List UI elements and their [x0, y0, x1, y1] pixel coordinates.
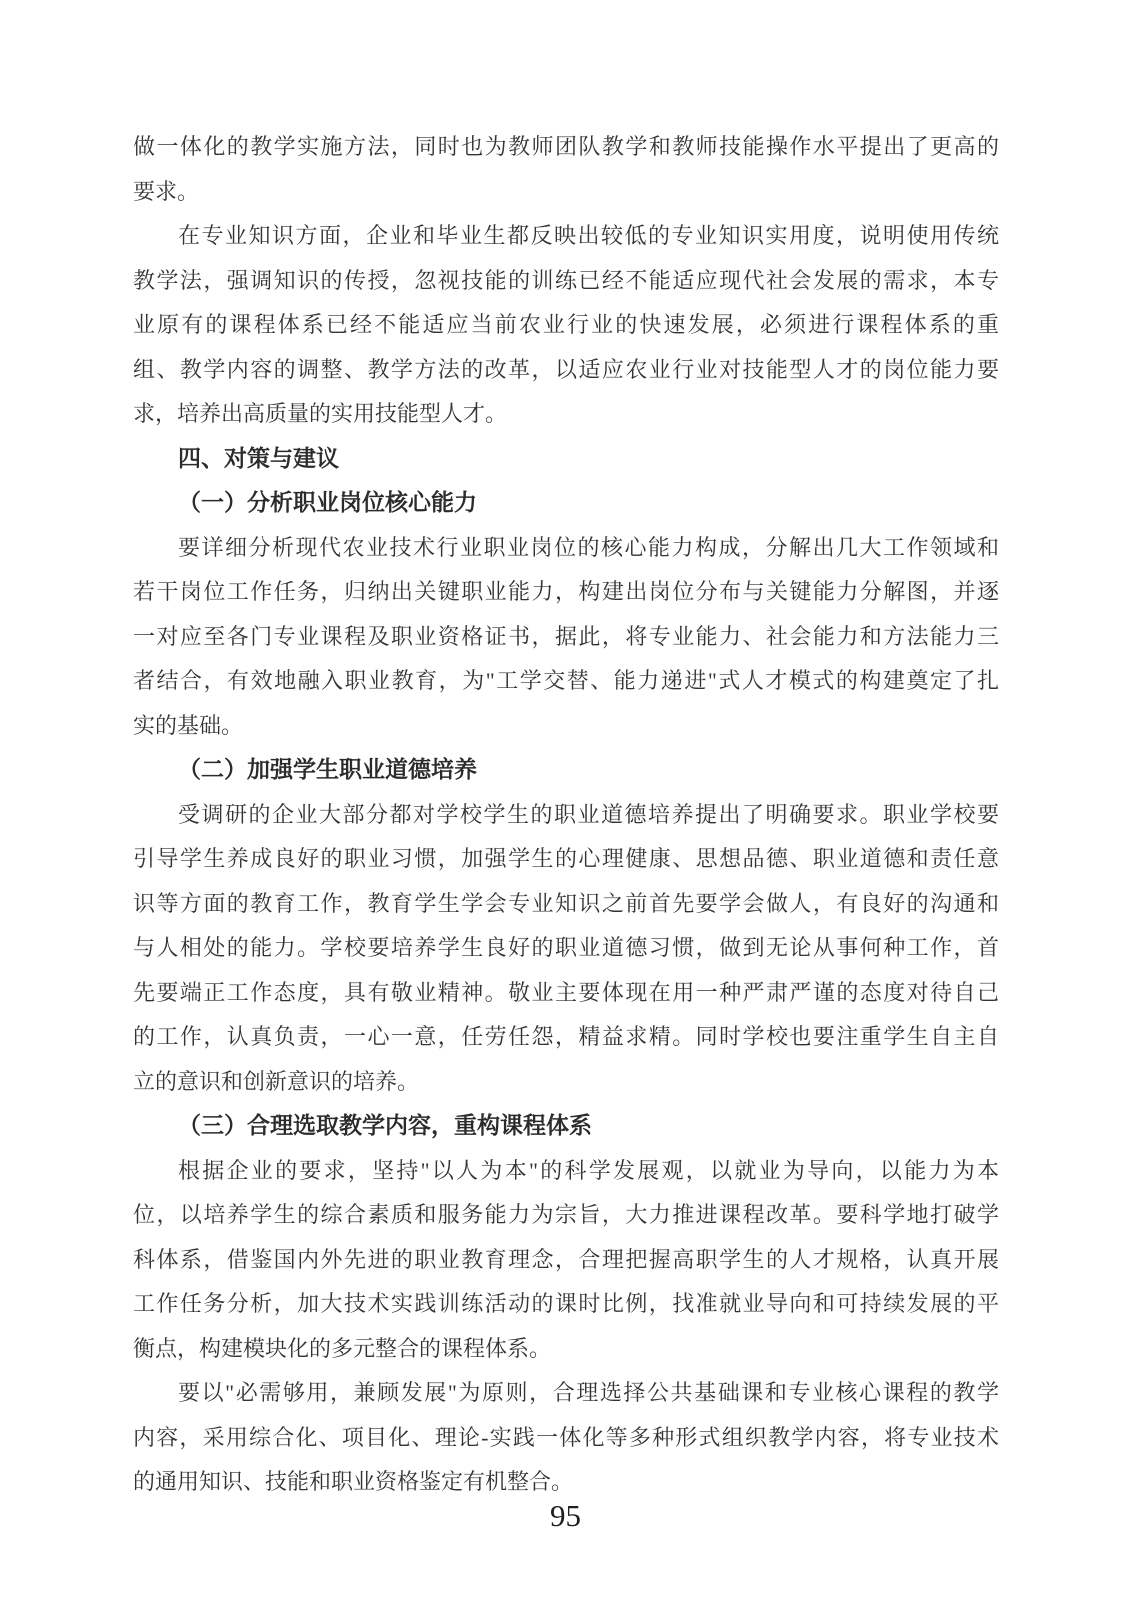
- text-line: 在专业知识方面，企业和毕业生都反映出较低的专业知识实用度，说明使用传统: [133, 214, 999, 259]
- text-line: 的工作，认真负责，一心一意，任劳任怨，精益求精。同时学校也要注重学生自主自: [133, 1015, 999, 1060]
- text-line: 求，培养出高质量的实用技能型人才。: [133, 392, 999, 437]
- section-heading: 四、对策与建议: [133, 437, 999, 482]
- text-line: 位，以培养学生的综合素质和服务能力为宗旨，大力推进课程改革。要科学地打破学: [133, 1193, 999, 1238]
- text-line: 衡点，构建模块化的多元整合的课程体系。: [133, 1327, 999, 1372]
- section-heading: （一）分析职业岗位核心能力: [133, 481, 999, 526]
- text-line: 与人相处的能力。学校要培养学生良好的职业道德习惯，做到无论从事何种工作，首: [133, 926, 999, 971]
- text-line: 立的意识和创新意识的培养。: [133, 1060, 999, 1105]
- text-line: 做一体化的教学实施方法，同时也为教师团队教学和教师技能操作水平提出了更高的: [133, 125, 999, 170]
- text-line: 者结合，有效地融入职业教育，为"工学交替、能力递进"式人才模式的构建奠定了扎: [133, 659, 999, 704]
- text-line: 若干岗位工作任务，归纳出关键职业能力，构建出岗位分布与关键能力分解图，并逐: [133, 570, 999, 615]
- paragraph: 要详细分析现代农业技术行业职业岗位的核心能力构成，分解出几大工作领域和若干岗位工…: [133, 526, 999, 749]
- heading-text: 四、对策与建议: [133, 437, 999, 482]
- text-line: 要求。: [133, 170, 999, 215]
- paragraph: 根据企业的要求，坚持"以人为本"的科学发展观，以就业为导向，以能力为本位，以培养…: [133, 1149, 999, 1372]
- text-line: 受调研的企业大部分都对学校学生的职业道德培养提出了明确要求。职业学校要: [133, 793, 999, 838]
- text-line: 工作任务分析，加大技术实践训练活动的课时比例，找准就业导向和可持续发展的平: [133, 1282, 999, 1327]
- paragraph: 要以"必需够用，兼顾发展"为原则，合理选择公共基础课和专业核心课程的教学内容，采…: [133, 1371, 999, 1505]
- text-line: 要详细分析现代农业技术行业职业岗位的核心能力构成，分解出几大工作领域和: [133, 526, 999, 571]
- text-line: 实的基础。: [133, 704, 999, 749]
- section-heading: （二）加强学生职业道德培养: [133, 748, 999, 793]
- text-line: 一对应至各门专业课程及职业资格证书，据此，将专业能力、社会能力和方法能力三: [133, 615, 999, 660]
- paragraph: 在专业知识方面，企业和毕业生都反映出较低的专业知识实用度，说明使用传统教学法，强…: [133, 214, 999, 437]
- document-content: 做一体化的教学实施方法，同时也为教师团队教学和教师技能操作水平提出了更高的要求。…: [133, 125, 999, 1505]
- page-number: 95: [0, 1494, 1131, 1538]
- text-line: 引导学生养成良好的职业习惯，加强学生的心理健康、思想品德、职业道德和责任意: [133, 837, 999, 882]
- text-line: 先要端正工作态度，具有敬业精神。敬业主要体现在用一种严肃严谨的态度对待自己: [133, 971, 999, 1016]
- text-line: 要以"必需够用，兼顾发展"为原则，合理选择公共基础课和专业核心课程的教学: [133, 1371, 999, 1416]
- document-page: 做一体化的教学实施方法，同时也为教师团队教学和教师技能操作水平提出了更高的要求。…: [0, 0, 1131, 1600]
- text-line: 科体系，借鉴国内外先进的职业教育理念，合理把握高职学生的人才规格，认真开展: [133, 1238, 999, 1283]
- paragraph: 做一体化的教学实施方法，同时也为教师团队教学和教师技能操作水平提出了更高的要求。: [133, 125, 999, 214]
- text-line: 组、教学内容的调整、教学方法的改革，以适应农业行业对技能型人才的岗位能力要: [133, 348, 999, 393]
- text-line: 业原有的课程体系已经不能适应当前农业行业的快速发展，必须进行课程体系的重: [133, 303, 999, 348]
- text-line: 根据企业的要求，坚持"以人为本"的科学发展观，以就业为导向，以能力为本: [133, 1149, 999, 1194]
- heading-text: （三）合理选取教学内容，重构课程体系: [133, 1104, 999, 1149]
- section-heading: （三）合理选取教学内容，重构课程体系: [133, 1104, 999, 1149]
- paragraph: 受调研的企业大部分都对学校学生的职业道德培养提出了明确要求。职业学校要引导学生养…: [133, 793, 999, 1105]
- text-line: 教学法，强调知识的传授，忽视技能的训练已经不能适应现代社会发展的需求，本专: [133, 259, 999, 304]
- heading-text: （一）分析职业岗位核心能力: [133, 481, 999, 526]
- text-line: 内容，采用综合化、项目化、理论-实践一体化等多种形式组织教学内容，将专业技术: [133, 1416, 999, 1461]
- heading-text: （二）加强学生职业道德培养: [133, 748, 999, 793]
- text-line: 识等方面的教育工作，教育学生学会专业知识之前首先要学会做人，有良好的沟通和: [133, 882, 999, 927]
